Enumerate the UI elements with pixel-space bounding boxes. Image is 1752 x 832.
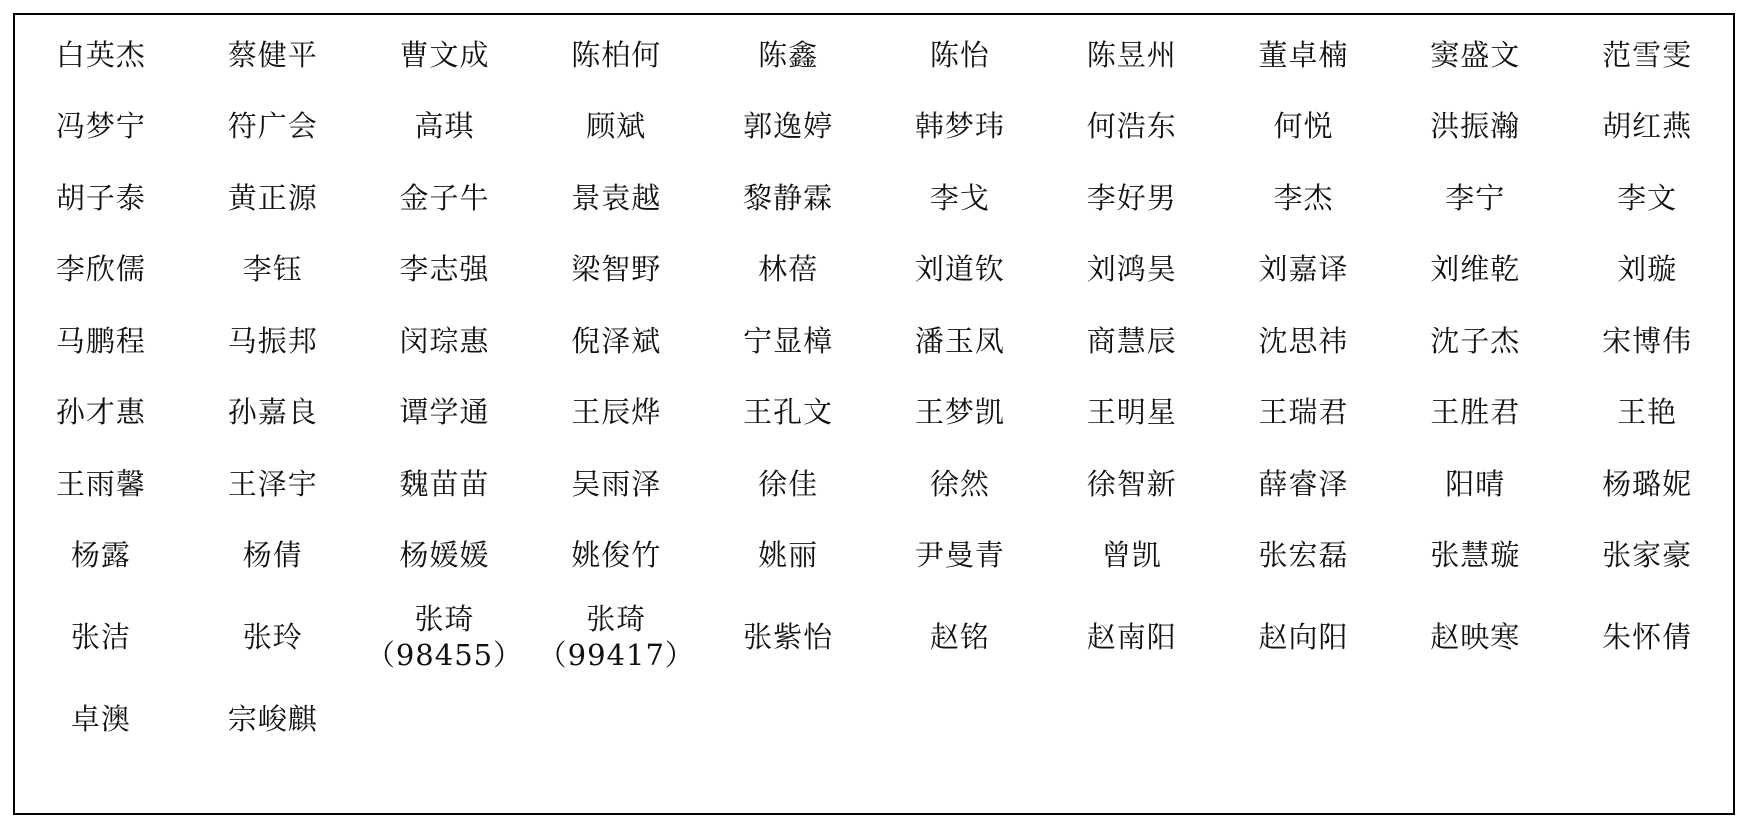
name-row: 张洁张玲张琦 （98455）张琦 （99417）张紫怡赵铭赵南阳赵向阳赵映寒朱怀… xyxy=(15,591,1733,683)
name-cell: 李欣儒 xyxy=(15,234,187,306)
name-cell: 潘玉凤 xyxy=(874,305,1046,377)
name-cell: 李杰 xyxy=(1218,162,1390,234)
name-cell: 白英杰 xyxy=(15,19,187,91)
name-cell: 黎静霖 xyxy=(702,162,874,234)
name-cell: 李志强 xyxy=(359,234,531,306)
name-cell: 金子牛 xyxy=(359,162,531,234)
name-cell: 赵向阳 xyxy=(1218,591,1390,683)
name-cell xyxy=(874,683,1046,755)
name-cell: 朱怀倩 xyxy=(1561,591,1733,683)
name-cell: 张洁 xyxy=(15,591,187,683)
name-cell: 杨倩 xyxy=(187,520,359,592)
name-grid: 白英杰蔡健平曹文成陈柏何陈鑫陈怡陈昱州董卓楠窦盛文范雪雯冯梦宁符广会高琪顾斌郭逸… xyxy=(15,19,1733,755)
name-cell: 姚俊竹 xyxy=(530,520,702,592)
name-cell: 陈怡 xyxy=(874,19,1046,91)
name-cell: 张琦 （99417） xyxy=(530,591,702,683)
name-cell: 姚丽 xyxy=(702,520,874,592)
name-cell: 李钰 xyxy=(187,234,359,306)
name-cell: 张家豪 xyxy=(1561,520,1733,592)
name-cell: 张玲 xyxy=(187,591,359,683)
name-row: 冯梦宁符广会高琪顾斌郭逸婷韩梦玮何浩东何悦洪振瀚胡红燕 xyxy=(15,91,1733,163)
name-cell: 梁智野 xyxy=(530,234,702,306)
name-cell: 景袁越 xyxy=(530,162,702,234)
name-cell: 张琦 （98455） xyxy=(359,591,531,683)
name-row: 卓澳宗峻麒 xyxy=(15,683,1733,755)
name-cell: 倪泽斌 xyxy=(530,305,702,377)
name-cell: 张紫怡 xyxy=(702,591,874,683)
name-cell: 符广会 xyxy=(187,91,359,163)
name-cell: 杨璐妮 xyxy=(1561,448,1733,520)
name-cell: 王胜君 xyxy=(1389,377,1561,449)
name-row: 白英杰蔡健平曹文成陈柏何陈鑫陈怡陈昱州董卓楠窦盛文范雪雯 xyxy=(15,19,1733,91)
name-cell: 何浩东 xyxy=(1046,91,1218,163)
name-cell: 何悦 xyxy=(1218,91,1390,163)
name-cell: 刘璇 xyxy=(1561,234,1733,306)
name-cell: 赵南阳 xyxy=(1046,591,1218,683)
name-cell: 董卓楠 xyxy=(1218,19,1390,91)
name-cell: 李文 xyxy=(1561,162,1733,234)
name-cell: 张慧璇 xyxy=(1389,520,1561,592)
name-cell: 杨媛媛 xyxy=(359,520,531,592)
name-cell: 陈昱州 xyxy=(1046,19,1218,91)
name-row: 王雨馨王泽宇魏苗苗吴雨泽徐佳徐然徐智新薛睿泽阳晴杨璐妮 xyxy=(15,448,1733,520)
name-cell: 胡红燕 xyxy=(1561,91,1733,163)
name-cell: 曾凯 xyxy=(1046,520,1218,592)
name-cell: 王雨馨 xyxy=(15,448,187,520)
name-cell: 薛睿泽 xyxy=(1218,448,1390,520)
name-cell: 闵琮惠 xyxy=(359,305,531,377)
name-cell: 曹文成 xyxy=(359,19,531,91)
name-cell: 蔡健平 xyxy=(187,19,359,91)
name-cell xyxy=(702,683,874,755)
name-cell: 杨露 xyxy=(15,520,187,592)
name-cell: 商慧辰 xyxy=(1046,305,1218,377)
name-row: 胡子泰黄正源金子牛景袁越黎静霖李戈李好男李杰李宁李文 xyxy=(15,162,1733,234)
name-cell: 马振邦 xyxy=(187,305,359,377)
roster-page: 白英杰蔡健平曹文成陈柏何陈鑫陈怡陈昱州董卓楠窦盛文范雪雯冯梦宁符广会高琪顾斌郭逸… xyxy=(0,0,1752,832)
name-cell: 陈柏何 xyxy=(530,19,702,91)
name-cell: 宋博伟 xyxy=(1561,305,1733,377)
name-cell xyxy=(1046,683,1218,755)
name-cell: 王孔文 xyxy=(702,377,874,449)
name-cell xyxy=(359,683,531,755)
name-cell: 孙嘉良 xyxy=(187,377,359,449)
name-cell: 李好男 xyxy=(1046,162,1218,234)
name-row: 李欣儒李钰李志强梁智野林蓓刘道钦刘鸿昊刘嘉译刘维乾刘璇 xyxy=(15,234,1733,306)
name-cell: 陈鑫 xyxy=(702,19,874,91)
name-cell: 刘嘉译 xyxy=(1218,234,1390,306)
name-cell: 宗峻麒 xyxy=(187,683,359,755)
name-cell: 刘维乾 xyxy=(1389,234,1561,306)
name-cell: 王瑞君 xyxy=(1218,377,1390,449)
name-cell: 张宏磊 xyxy=(1218,520,1390,592)
name-cell: 赵铭 xyxy=(874,591,1046,683)
name-cell xyxy=(1389,683,1561,755)
name-cell: 宁显樟 xyxy=(702,305,874,377)
name-cell: 沈子杰 xyxy=(1389,305,1561,377)
name-cell: 卓澳 xyxy=(15,683,187,755)
name-cell: 黄正源 xyxy=(187,162,359,234)
name-cell: 王艳 xyxy=(1561,377,1733,449)
name-cell: 范雪雯 xyxy=(1561,19,1733,91)
name-cell: 刘鸿昊 xyxy=(1046,234,1218,306)
name-row: 杨露杨倩杨媛媛姚俊竹姚丽尹曼青曾凯张宏磊张慧璇张家豪 xyxy=(15,520,1733,592)
name-cell xyxy=(1218,683,1390,755)
name-row: 孙才惠孙嘉良谭学通王辰烨王孔文王梦凯王明星王瑞君王胜君王艳 xyxy=(15,377,1733,449)
name-cell: 王明星 xyxy=(1046,377,1218,449)
name-cell: 韩梦玮 xyxy=(874,91,1046,163)
name-cell: 徐然 xyxy=(874,448,1046,520)
name-cell: 王梦凯 xyxy=(874,377,1046,449)
name-cell: 高琪 xyxy=(359,91,531,163)
name-cell: 赵映寒 xyxy=(1389,591,1561,683)
name-cell: 孙才惠 xyxy=(15,377,187,449)
name-cell: 李戈 xyxy=(874,162,1046,234)
name-cell: 尹曼青 xyxy=(874,520,1046,592)
name-cell: 冯梦宁 xyxy=(15,91,187,163)
name-cell: 刘道钦 xyxy=(874,234,1046,306)
name-cell: 阳晴 xyxy=(1389,448,1561,520)
name-cell: 胡子泰 xyxy=(15,162,187,234)
name-cell: 王泽宇 xyxy=(187,448,359,520)
name-cell xyxy=(530,683,702,755)
name-cell: 洪振瀚 xyxy=(1389,91,1561,163)
name-cell: 李宁 xyxy=(1389,162,1561,234)
name-cell: 郭逸婷 xyxy=(702,91,874,163)
name-cell: 徐佳 xyxy=(702,448,874,520)
name-cell: 林蓓 xyxy=(702,234,874,306)
name-cell xyxy=(1561,683,1733,755)
name-cell: 徐智新 xyxy=(1046,448,1218,520)
name-cell: 沈思祎 xyxy=(1218,305,1390,377)
name-cell: 吴雨泽 xyxy=(530,448,702,520)
name-cell: 王辰烨 xyxy=(530,377,702,449)
name-cell: 马鹏程 xyxy=(15,305,187,377)
name-cell: 谭学通 xyxy=(359,377,531,449)
name-cell: 窦盛文 xyxy=(1389,19,1561,91)
name-cell: 顾斌 xyxy=(530,91,702,163)
name-cell: 魏苗苗 xyxy=(359,448,531,520)
name-row: 马鹏程马振邦闵琮惠倪泽斌宁显樟潘玉凤商慧辰沈思祎沈子杰宋博伟 xyxy=(15,305,1733,377)
